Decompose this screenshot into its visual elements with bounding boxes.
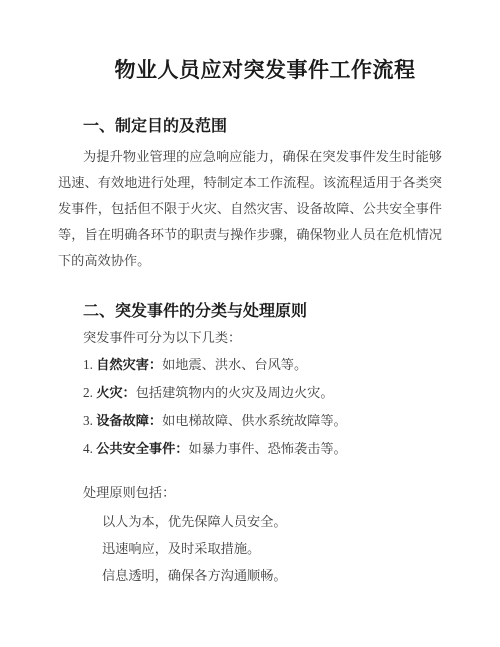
item-text: 如暴力事件、恐怖袭击等。: [189, 441, 347, 456]
section-heading-purpose: 一、制定目的及范围: [58, 116, 442, 138]
item-text: 如地震、洪水、台风等。: [162, 357, 307, 372]
item-text: 如电梯故障、供水系统故障等。: [162, 413, 347, 428]
classification-intro: 突发事件可分为以下几类：: [58, 325, 442, 351]
item-text: 包括建筑物内的火灾及周边火灾。: [136, 385, 334, 400]
section-heading-classification: 二、突发事件的分类与处理原则: [58, 301, 442, 323]
principle-item: 以人为本，优先保障人员安全。: [58, 508, 442, 535]
list-item: 4. 公共安全事件：如暴力事件、恐怖袭击等。: [58, 435, 442, 463]
list-item: 3. 设备故障：如电梯故障、供水系统故障等。: [58, 407, 442, 435]
principle-item: 迅速响应，及时采取措施。: [58, 535, 442, 562]
list-item: 2. 火灾：包括建筑物内的火灾及周边火灾。: [58, 379, 442, 407]
item-label: 公共安全事件：: [96, 441, 188, 456]
principles-list: 以人为本，优先保障人员安全。 迅速响应，及时采取措施。 信息透明，确保各方沟通顺…: [58, 508, 442, 589]
item-label: 火灾：: [96, 385, 136, 400]
document-page: 物业人员应对突发事件工作流程 一、制定目的及范围 为提升物业管理的应急响应能力，…: [0, 0, 500, 647]
item-number: 2.: [83, 385, 93, 400]
list-item: 1. 自然灾害：如地震、洪水、台风等。: [58, 351, 442, 379]
item-label: 自然灾害：: [96, 357, 162, 372]
purpose-paragraph: 为提升物业管理的应急响应能力，确保在突发事件发生时能够迅速、有效地进行处理，特制…: [58, 144, 442, 274]
item-number: 4.: [83, 441, 93, 456]
document-title: 物业人员应对突发事件工作流程: [58, 56, 442, 86]
item-label: 设备故障：: [96, 413, 162, 428]
event-type-list: 1. 自然灾害：如地震、洪水、台风等。 2. 火灾：包括建筑物内的火灾及周边火灾…: [58, 351, 442, 463]
item-number: 1.: [83, 357, 93, 372]
principle-item: 信息透明，确保各方沟通顺畅。: [58, 562, 442, 589]
principles-intro: 处理原则包括：: [58, 480, 442, 506]
item-number: 3.: [83, 413, 93, 428]
